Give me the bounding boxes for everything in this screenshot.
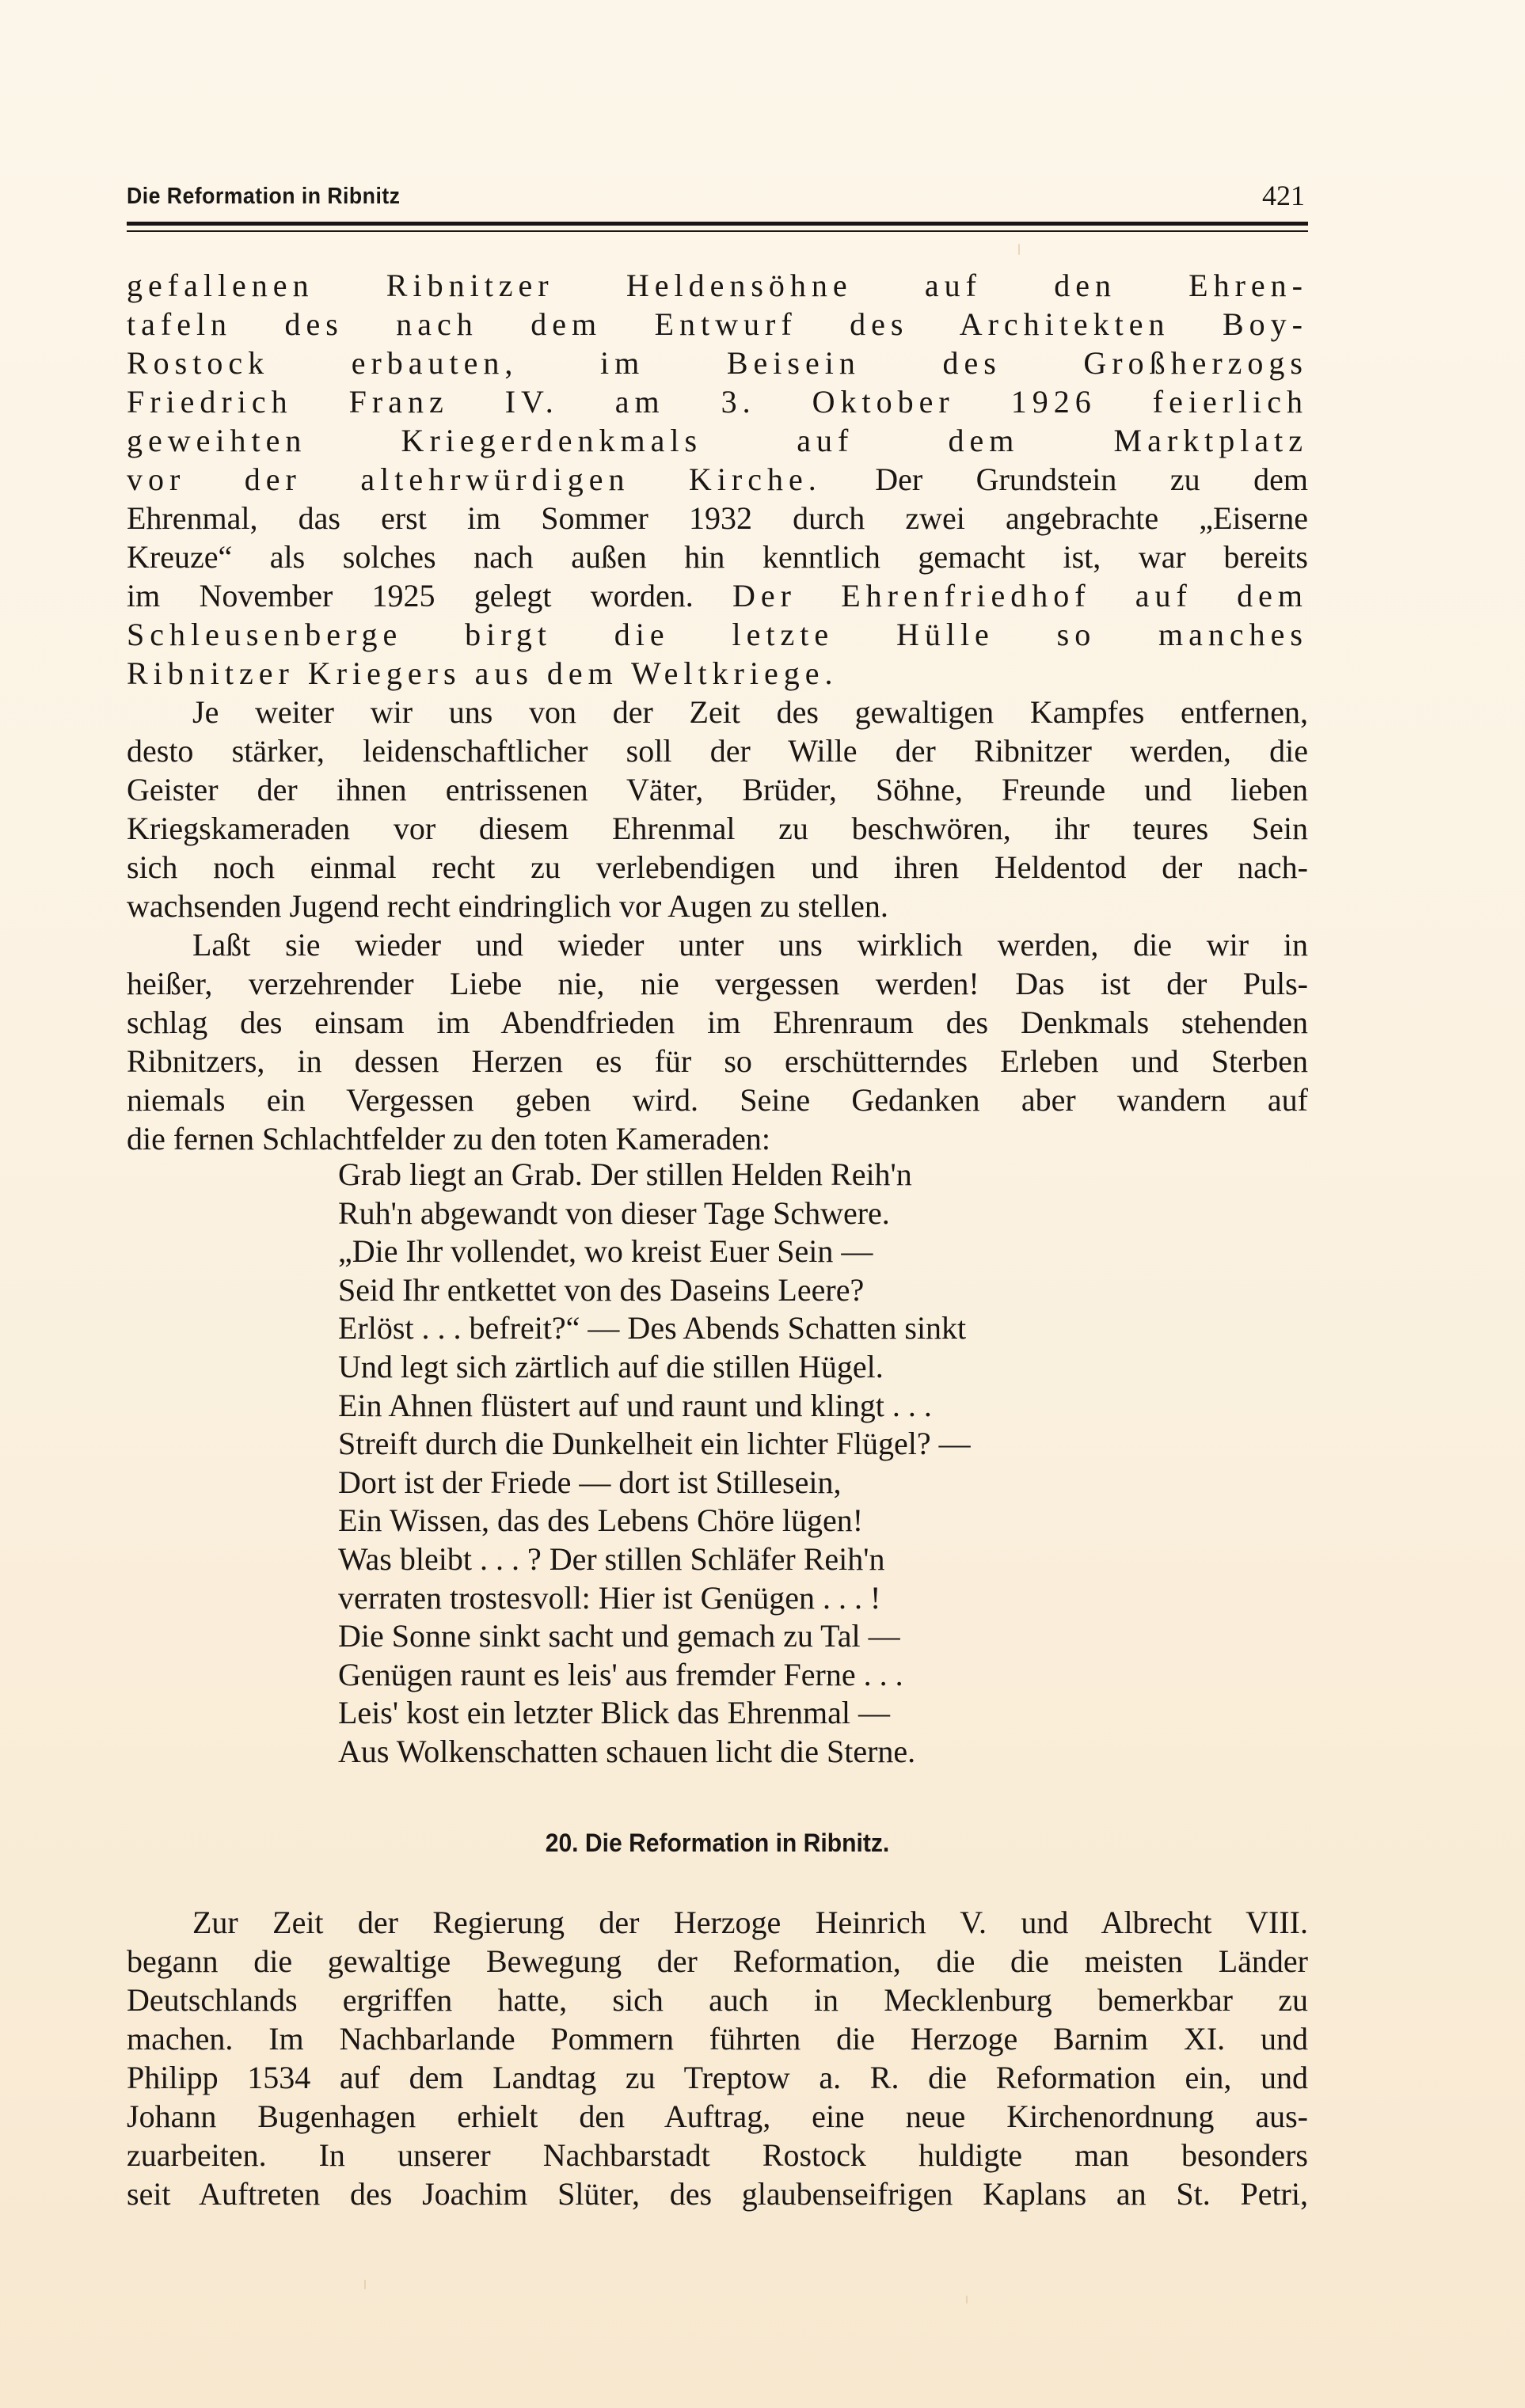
paragraph-start: Je weiter wir uns von der Zeit des gewal… <box>127 693 1308 731</box>
text-line: wachsenden Jugend recht eindringlich vor… <box>127 887 1308 925</box>
paragraph-start: Laßt sie wieder und wieder unter uns wir… <box>127 925 1308 964</box>
header-rule-thick <box>127 222 1308 226</box>
text-line: im November 1925 gelegt worden. Der Ehre… <box>127 576 1308 615</box>
paragraph-start: Zur Zeit der Regierung der Herzoge Heinr… <box>127 1903 1308 1942</box>
running-title: Die Reformation in Ribnitz <box>127 184 400 210</box>
text-line: heißer, verzehrender Liebe nie, nie verg… <box>127 964 1308 1003</box>
paper-speck <box>364 2280 366 2289</box>
poem-verse: Seid Ihr entkettet von des Daseins Leere… <box>338 1271 971 1310</box>
poem-verse: „Die Ihr vollendet, wo kreist Euer Sein … <box>338 1232 971 1271</box>
poem-verse: Leis' kost ein letzter Blick das Ehrenma… <box>338 1694 971 1733</box>
text-line: begann die gewaltige Bewegung der Reform… <box>127 1942 1308 1981</box>
paper-speck <box>966 2296 968 2304</box>
text-line: Kriegskameraden vor diesem Ehrenmal zu b… <box>127 809 1308 848</box>
text-line: gefallenen Ribnitzer Heldensöhne auf den… <box>127 266 1308 305</box>
text-line: schlag des einsam im Abendfrieden im Ehr… <box>127 1003 1308 1042</box>
text-line: Ribnitzer Kriegers aus dem Weltkriege. <box>127 654 1308 693</box>
poem-verse: Ein Wissen, das des Lebens Chöre lügen! <box>338 1502 971 1540</box>
page-number: 421 <box>1262 179 1305 212</box>
poem-verse: Ein Ahnen flüstert auf und raunt und kli… <box>338 1387 971 1426</box>
poem-verse: Streift durch die Dunkelheit ein lichter… <box>338 1425 971 1464</box>
text-line: zuarbeiten. In unserer Nachbarstadt Rost… <box>127 2136 1308 2174</box>
poem-verse: Erlöst . . . befreit?“ — Des Abends Scha… <box>338 1309 971 1348</box>
poem-verse: Dort ist der Friede — dort ist Stillesei… <box>338 1464 971 1502</box>
poem-verse: Ruh'n abgewandt von dieser Tage Schwere. <box>338 1195 971 1233</box>
text-line: sich noch einmal recht zu verlebendigen … <box>127 848 1308 887</box>
poem-verse: Genügen raunt es leis' aus fremder Ferne… <box>338 1656 971 1695</box>
text-line: Ribnitzers, in dessen Herzen es für so e… <box>127 1042 1308 1081</box>
header-rule-thin <box>127 230 1308 232</box>
text-line: Johann Bugenhagen erhielt den Auftrag, e… <box>127 2097 1308 2136</box>
text-line: niemals ein Vergessen geben wird. Seine … <box>127 1081 1308 1119</box>
text-line: Ehrenmal, das erst im Sommer 1932 durch … <box>127 499 1308 537</box>
body-text: gefallenen Ribnitzer Heldensöhne auf den… <box>127 266 1308 1158</box>
text-line: desto stärker, leidenschaftlicher soll d… <box>127 731 1308 770</box>
text-line: Schleusenberge birgt die letzte Hülle so… <box>127 615 1308 654</box>
text-fragment: im November 1925 gelegt worden. <box>127 578 732 613</box>
text-line: Deutschlands ergriffen hatte, sich auch … <box>127 1981 1308 2019</box>
spaced-emphasis: Der Ehrenfriedhof auf dem <box>732 578 1308 613</box>
text-line: Philipp 1534 auf dem Landtag zu Treptow … <box>127 2058 1308 2097</box>
text-fragment: Der Grundstein zu dem <box>822 461 1308 497</box>
text-line: geweihten Kriegerdenkmals auf dem Marktp… <box>127 421 1308 460</box>
poem-verse: Was bleibt . . . ? Der stillen Schläfer … <box>338 1540 971 1579</box>
paper-speck <box>1018 244 1020 255</box>
poem-verse: verraten trostesvoll: Hier ist Genügen .… <box>338 1579 971 1618</box>
running-header: Die Reformation in Ribnitz 421 <box>127 179 1308 218</box>
poem-verse: Aus Wolkenschatten schauen licht die Ste… <box>338 1733 971 1772</box>
section-body: Zur Zeit der Regierung der Herzoge Heinr… <box>127 1903 1308 2213</box>
text-line: Friedrich Franz IV. am 3. Oktober 1926 f… <box>127 382 1308 421</box>
spaced-emphasis: vor der altehrwürdigen Kirche. <box>127 461 822 497</box>
section-heading: 20. Die Reformation in Ribnitz. <box>162 1829 1272 1858</box>
text-line: Rostock erbauten, im Beisein des Großher… <box>127 344 1308 382</box>
poem-verse: Die Sonne sinkt sacht und gemach zu Tal … <box>338 1617 971 1656</box>
poem-verse: Und legt sich zärtlich auf die stillen H… <box>338 1348 971 1387</box>
text-line: die fernen Schlachtfelder zu den toten K… <box>127 1119 1308 1158</box>
text-line: seit Auftreten des Joachim Slüter, des g… <box>127 2174 1308 2213</box>
poem-verse: Grab liegt an Grab. Der stillen Helden R… <box>338 1156 971 1195</box>
text-line: tafeln des nach dem Entwurf des Architek… <box>127 305 1308 344</box>
poem: Grab liegt an Grab. Der stillen Helden R… <box>338 1156 971 1772</box>
text-line: machen. Im Nachbarlande Pommern führten … <box>127 2019 1308 2058</box>
text-line: Kreuze“ als solches nach außen hin kennt… <box>127 537 1308 576</box>
text-line: Geister der ihnen entrissenen Väter, Brü… <box>127 770 1308 809</box>
text-line: vor der altehrwürdigen Kirche. Der Grund… <box>127 460 1308 499</box>
